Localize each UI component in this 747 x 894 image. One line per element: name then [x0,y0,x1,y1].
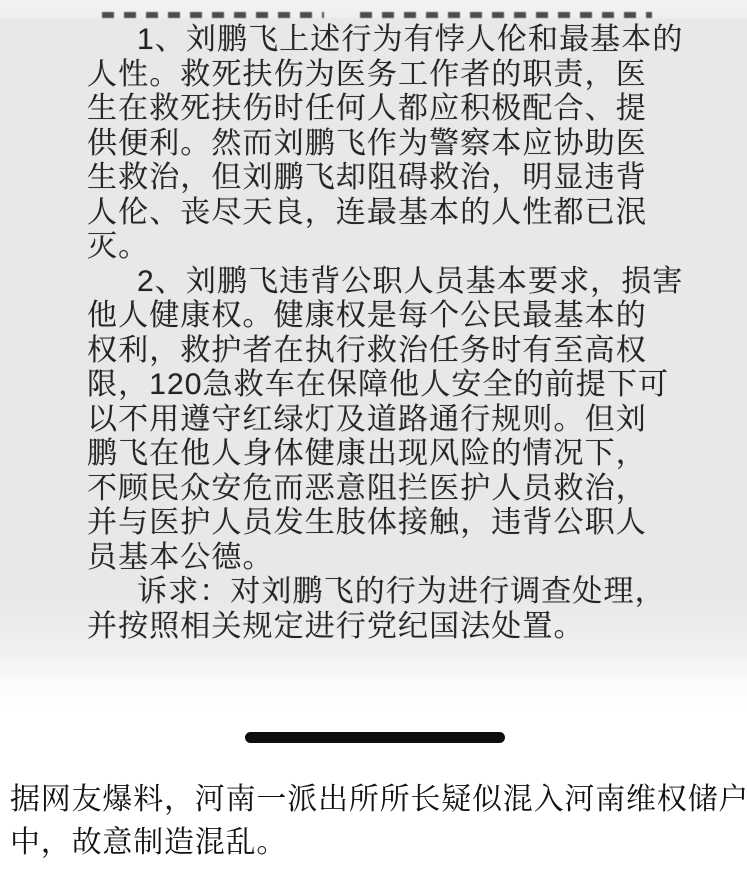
document-line: 不顾民众安危而恶意阻拦医护人员救治， [87,472,697,507]
caption-text: 据网友爆料，河南一派出所所长疑似混入河南维权储户 中，故意制造混乱。 [10,778,747,864]
document-line: 并按照相关规定进行党纪国法处置。 [87,610,697,645]
document-line: 诉求：对刘鹏飞的行为进行调查处理， [87,575,697,610]
document-line: 2、刘鹏飞违背公职人员基本要求，损害 [87,265,697,300]
document-line: 限，120急救车在保障他人安全的前提下可 [87,368,697,403]
document-text-block: 1、刘鹏飞上述行为有悖人伦和最基本的 人性。救死扶伤为医务工作者的职责，医 生在… [87,23,697,644]
document-line: 1、刘鹏飞上述行为有悖人伦和最基本的 [87,23,697,58]
document-line: 灭。 [87,230,697,265]
document-photo: 1、刘鹏飞上述行为有悖人伦和最基本的 人性。救死扶伤为医务工作者的职责，医 生在… [0,0,747,712]
document-line: 以不用遵守红绿灯及道路通行规则。但刘 [87,403,697,438]
clipped-text-fragments-right [360,12,652,18]
document-line: 供便利。然而刘鹏飞作为警察本应协助医 [87,127,697,162]
caption-line: 中，故意制造混乱。 [10,821,747,864]
document-line: 并与医护人员发生肢体接触，违背公职人 [87,506,697,541]
document-line: 权利，救护者在执行救治任务时有至高权 [87,334,697,369]
document-line: 鹏飞在他人身体健康出现风险的情况下， [87,437,697,472]
section-divider [245,732,505,743]
article-page: 1、刘鹏飞上述行为有悖人伦和最基本的 人性。救死扶伤为医务工作者的职责，医 生在… [0,0,747,894]
document-line: 生在救死扶伤时任何人都应积极配合、提 [87,92,697,127]
document-line: 他人健康权。健康权是每个公民最基本的 [87,299,697,334]
document-line: 员基本公德。 [87,541,697,576]
clipped-text-fragments-left [102,12,324,18]
document-line: 生救治，但刘鹏飞却阻碍救治，明显违背 [87,161,697,196]
caption-line: 据网友爆料，河南一派出所所长疑似混入河南维权储户 [10,778,747,821]
document-line: 人伦、丧尽天良，连最基本的人性都已泯 [87,196,697,231]
document-line: 人性。救死扶伤为医务工作者的职责，医 [87,58,697,93]
